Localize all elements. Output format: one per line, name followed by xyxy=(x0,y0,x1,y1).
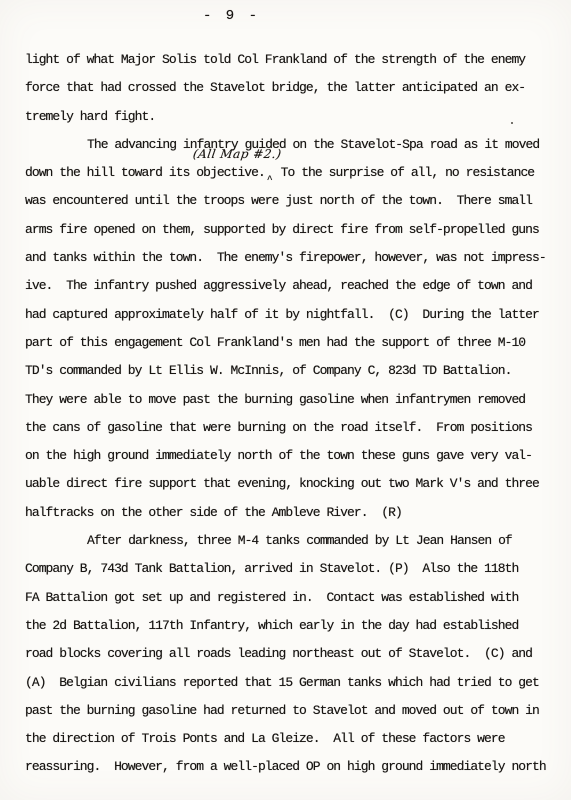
page-body: light of what Major Solis told Col Frank… xyxy=(25,46,561,782)
text-line: past the burning gasoline had returned t… xyxy=(25,697,561,725)
text-line: force that had crossed the Stavelot brid… xyxy=(25,74,561,102)
text-line: part of this engagement Col Frankland's … xyxy=(25,329,561,357)
text-line: Company B, 743d Tank Battalion, arrived … xyxy=(25,555,561,583)
text-line: had captured approximately half of it by… xyxy=(25,301,561,329)
insertion-caret: ^ xyxy=(265,167,274,195)
line-text-after-caret: To the surprise of all, no resistance xyxy=(274,165,534,180)
text-line: FA Battalion got set up and registered i… xyxy=(25,584,561,612)
page-number: - 9 - xyxy=(203,8,260,24)
text-line: on the high ground immediately north of … xyxy=(25,442,561,470)
text-line: uable direct fire support that evening, … xyxy=(25,470,561,498)
text-line: and tanks within the town. The enemy's f… xyxy=(25,244,561,272)
text-line: tremely hard fight. xyxy=(25,103,561,131)
text-line-paragraph-start: The advancing infantry guided on the Sta… xyxy=(25,131,561,159)
text-line: TD's commanded by Lt Ellis W. McInnis, o… xyxy=(25,357,561,385)
text-line: the direction of Trois Ponts and La Glei… xyxy=(25,725,561,753)
text-line: They were able to move past the burning … xyxy=(25,386,561,414)
line-text-before-caret: down the hill toward its objective. xyxy=(25,165,265,180)
text-line: halftracks on the other side of the Ambl… xyxy=(25,499,561,527)
text-line: road blocks covering all roads leading n… xyxy=(25,640,561,668)
text-line: the cans of gasoline that were burning o… xyxy=(25,414,561,442)
text-line: the 2d Battalion, 117th Infantry, which … xyxy=(25,612,561,640)
text-line: light of what Major Solis told Col Frank… xyxy=(25,46,561,74)
handwritten-annotation: (All Map #2.) xyxy=(192,147,282,161)
text-line-paragraph-start: After darkness, three M-4 tanks commande… xyxy=(25,527,561,555)
text-line-with-annotation: (All Map #2.)down the hill toward its ob… xyxy=(25,159,561,187)
text-line: arms fire opened on them, supported by d… xyxy=(25,216,561,244)
document-page: - 9 - light of what Major Solis told Col… xyxy=(0,0,571,800)
text-line: (A) Belgian civilians reported that 15 G… xyxy=(25,669,561,697)
text-line: reassuring. However, from a well-placed … xyxy=(25,753,561,781)
scan-speck xyxy=(511,122,513,124)
text-line: was encountered until the troops were ju… xyxy=(25,187,561,215)
text-line: ive. The infantry pushed aggressively ah… xyxy=(25,272,561,300)
